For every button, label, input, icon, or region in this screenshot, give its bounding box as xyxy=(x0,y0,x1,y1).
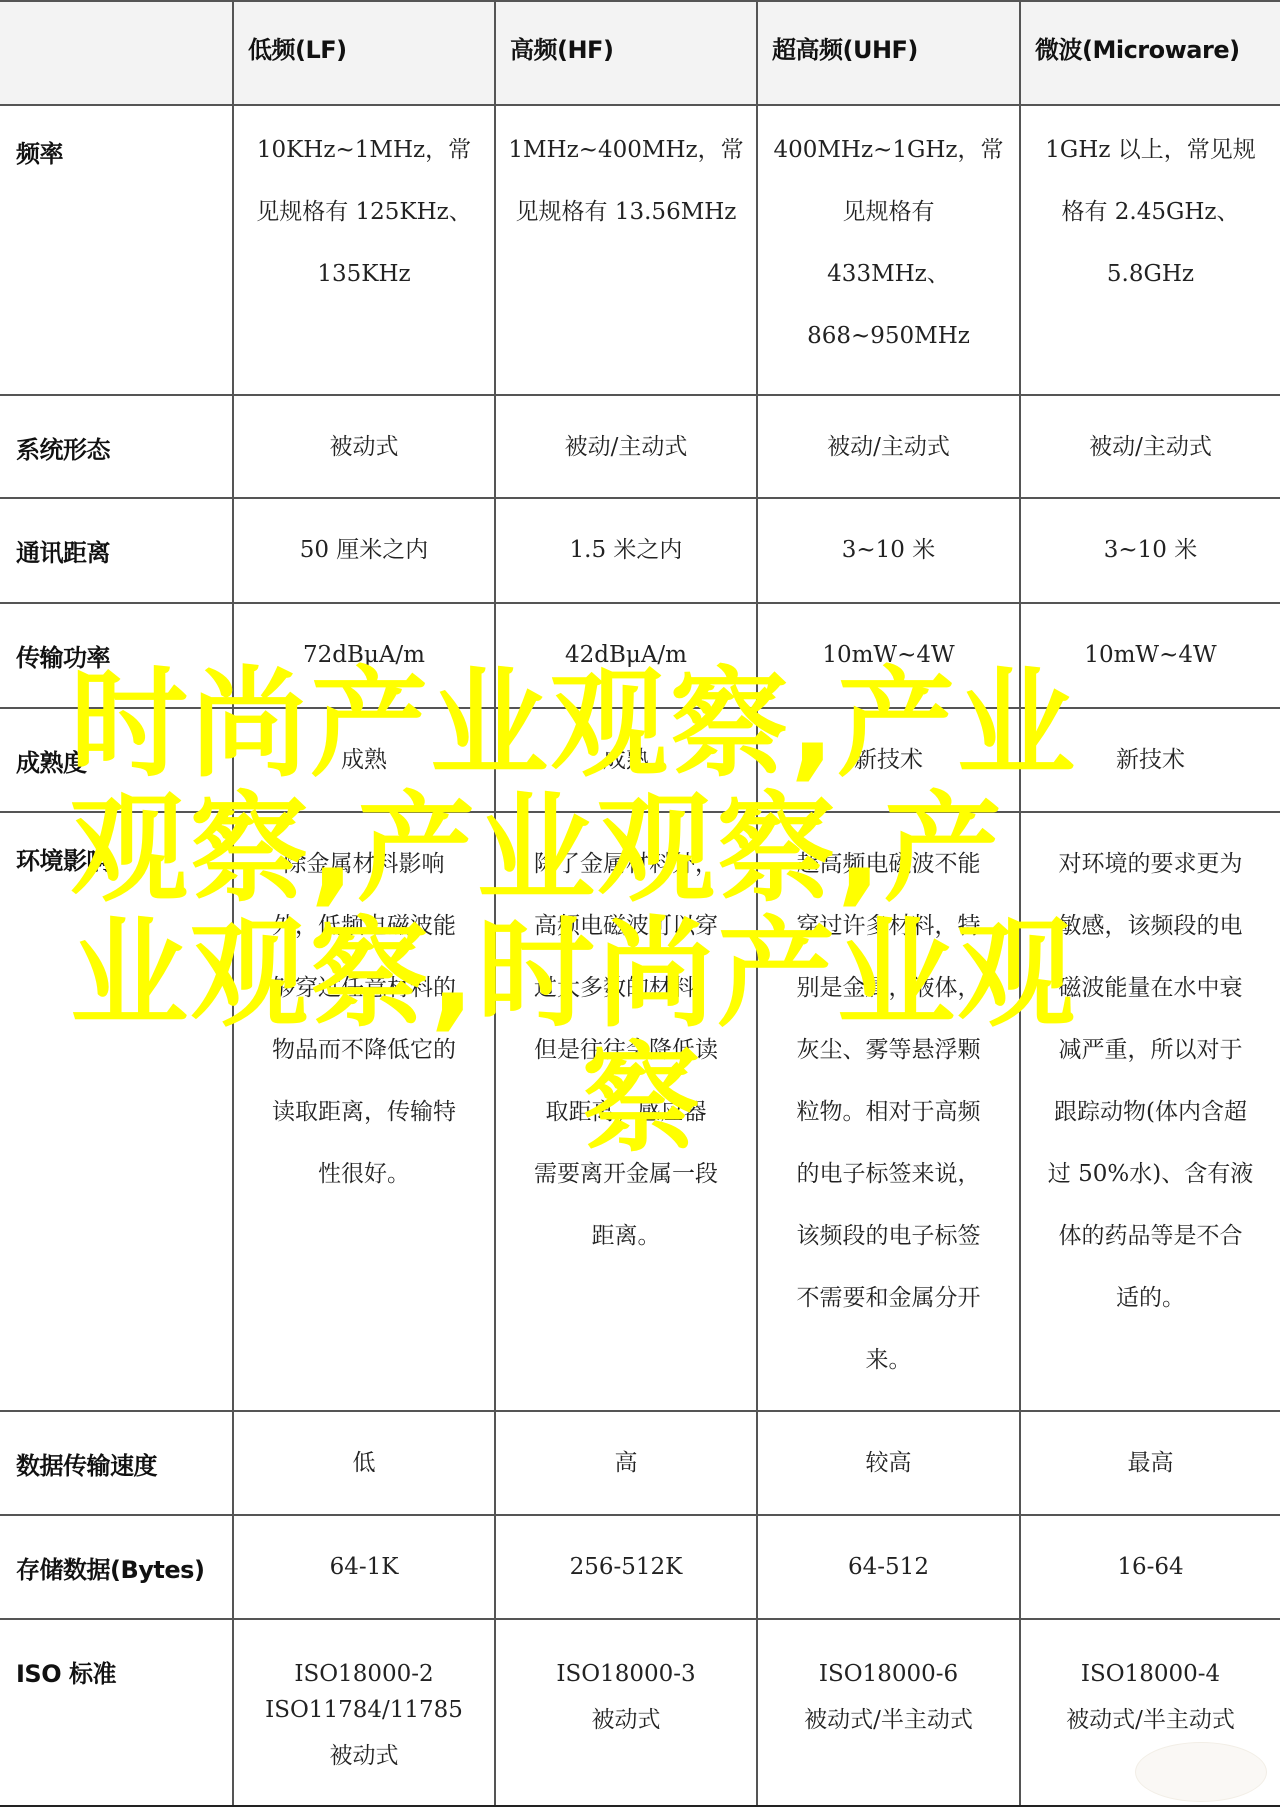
cell-value: ISO18000-2ISO11784/11785被动式 xyxy=(244,1656,484,1774)
cell-uhf: 3~10 米 xyxy=(756,499,1019,602)
cell-text-line: 135KHz xyxy=(244,243,484,305)
cell-lf: 72dBμA/m xyxy=(232,604,494,707)
table-row-maturity: 成熟度成熟成熟新技术新技术 xyxy=(0,709,1280,813)
cell-lf: 50 厘米之内 xyxy=(232,499,494,602)
cell-lf: ISO18000-2ISO11784/11785被动式 xyxy=(232,1620,494,1805)
row-label-cell: 成熟度 xyxy=(0,709,232,811)
cell-value: 3~10 米 xyxy=(1031,519,1270,581)
cell-uhf: 新技术 xyxy=(756,709,1019,811)
table-row-frequency: 频率10KHz~1MHz，常见规格有 125KHz、135KHz1MHz~400… xyxy=(0,106,1280,396)
cell-hf: 除了金属材料外，高频电磁波可以穿过大多数的材料，但是往往会降低读取距离。感应器需… xyxy=(494,813,756,1410)
cell-text-line: 够穿过任意材料的 xyxy=(244,957,484,1019)
cell-value: 256-512K xyxy=(506,1536,746,1598)
row-label: 成熟度 xyxy=(16,743,87,778)
cell-value: 除了金属材料外，高频电磁波可以穿过大多数的材料，但是往往会降低读取距离。感应器需… xyxy=(506,833,746,1267)
cell-value: 1GHz 以上，常见规格有 2.45GHz、5.8GHz xyxy=(1031,119,1270,305)
cell-text-line: 物品而不降低它的 xyxy=(244,1019,484,1081)
cell-text-line: 不需要和金属分开 xyxy=(768,1267,1009,1329)
cell-text-line: 穿过许多材料，特 xyxy=(768,895,1009,957)
header-cell-uhf: 超高频(UHF) xyxy=(756,2,1019,104)
cell-text-line: 性很好。 xyxy=(244,1143,484,1205)
cell-text-line: 适的。 xyxy=(1031,1267,1270,1329)
cell-microwave: 新技术 xyxy=(1019,709,1280,811)
cell-text-line: 但是往往会降低读 xyxy=(506,1019,746,1081)
cell-text-line: 10mW~4W xyxy=(1031,624,1270,686)
row-label: 环境影响 xyxy=(16,841,110,876)
cell-text-line: 3~10 米 xyxy=(768,519,1009,581)
cell-value: 高 xyxy=(506,1432,746,1494)
cell-microwave: 1GHz 以上，常见规格有 2.45GHz、5.8GHz xyxy=(1019,106,1280,394)
cell-value: 超高频电磁波不能穿过许多材料，特别是金属，液体，灰尘、雾等悬浮颗粒物。相对于高频… xyxy=(768,833,1009,1391)
cell-text-line: 需要离开金属一段 xyxy=(506,1143,746,1205)
cell-uhf: 被动/主动式 xyxy=(756,396,1019,497)
cell-value: 72dBμA/m xyxy=(244,624,484,686)
cell-text-line: 粒物。相对于高频 xyxy=(768,1081,1009,1143)
column-header-lf: 低频(LF) xyxy=(248,30,347,65)
cell-value: 10KHz~1MHz，常见规格有 125KHz、135KHz xyxy=(244,119,484,305)
cell-value: 64-1K xyxy=(244,1536,484,1598)
cell-text-line: 72dBμA/m xyxy=(244,624,484,686)
cell-text-line: 距离。 xyxy=(506,1205,746,1267)
cell-text-line: 10mW~4W xyxy=(768,624,1009,686)
cell-text-line: 868~950MHz xyxy=(768,305,1009,367)
cell-text-line: 1MHz~400MHz，常 xyxy=(506,119,746,181)
cell-text-line: 被动式 xyxy=(244,1738,484,1774)
cell-text-line: 1GHz 以上，常见规 xyxy=(1031,119,1270,181)
cell-lf: 除金属材料影响外，低频电磁波能够穿过任意材料的物品而不降低它的读取距离，传输特性… xyxy=(232,813,494,1410)
cell-text-line: 磁波能量在水中衰 xyxy=(1031,957,1270,1019)
cell-text-line: 过大多数的材料， xyxy=(506,957,746,1019)
cell-text-line: 50 厘米之内 xyxy=(244,519,484,581)
cell-value: 42dBμA/m xyxy=(506,624,746,686)
header-corner-cell xyxy=(0,2,232,104)
cell-text-line: 成熟 xyxy=(506,729,746,791)
cell-text-line: 过 50%水)、含有液 xyxy=(1031,1143,1270,1205)
cell-text-line: ISO18000-3 xyxy=(506,1656,746,1692)
header-cell-lf: 低频(LF) xyxy=(232,2,494,104)
cell-text-line: 5.8GHz xyxy=(1031,243,1270,305)
cell-text-line: 3~10 米 xyxy=(1031,519,1270,581)
cell-value: 被动/主动式 xyxy=(506,416,746,478)
column-header-microwave: 微波(Microware) xyxy=(1035,30,1240,65)
cell-value: 16-64 xyxy=(1031,1536,1270,1598)
cell-value: 新技术 xyxy=(1031,729,1270,791)
cell-text-line: 对环境的要求更为 xyxy=(1031,833,1270,895)
row-label: 系统形态 xyxy=(16,430,110,465)
cell-text-line: 新技术 xyxy=(1031,729,1270,791)
cell-hf: ISO18000-3 被动式 xyxy=(494,1620,756,1805)
cell-value: 1.5 米之内 xyxy=(506,519,746,581)
cell-text-line: 除金属材料影响 xyxy=(244,833,484,895)
cell-microwave: 对环境的要求更为敏感，该频段的电磁波能量在水中衰减严重，所以对于跟踪动物(体内含… xyxy=(1019,813,1280,1410)
cell-value: 被动式 xyxy=(244,416,484,478)
cell-text-line: 新技术 xyxy=(768,729,1009,791)
row-label-cell: 数据传输速度 xyxy=(0,1412,232,1514)
cell-text-line: 被动式 xyxy=(244,416,484,478)
cell-lf: 64-1K xyxy=(232,1516,494,1618)
table-row-environment: 环境影响除金属材料影响外，低频电磁波能够穿过任意材料的物品而不降低它的读取距离，… xyxy=(0,813,1280,1412)
cell-text-line: 较高 xyxy=(768,1432,1009,1494)
cell-value: 较高 xyxy=(768,1432,1009,1494)
row-label: 存储数据(Bytes) xyxy=(16,1550,204,1585)
cell-uhf: 较高 xyxy=(756,1412,1019,1514)
row-label: 频率 xyxy=(16,134,63,169)
cell-text-line: 433MHz、 xyxy=(768,243,1009,305)
cell-value: 成熟 xyxy=(506,729,746,791)
cell-uhf: 超高频电磁波不能穿过许多材料，特别是金属，液体，灰尘、雾等悬浮颗粒物。相对于高频… xyxy=(756,813,1019,1410)
cell-microwave: 3~10 米 xyxy=(1019,499,1280,602)
cell-uhf: 10mW~4W xyxy=(756,604,1019,707)
cell-text-line: 格有 2.45GHz、 xyxy=(1031,181,1270,243)
table-row-system-form: 系统形态被动式被动/主动式被动/主动式被动/主动式 xyxy=(0,396,1280,499)
cell-text-line: 低 xyxy=(244,1432,484,1494)
cell-text-line: ISO18000-6 xyxy=(768,1656,1009,1692)
cell-value: 50 厘米之内 xyxy=(244,519,484,581)
cell-value: ISO18000-4 被动式/半主动式 xyxy=(1031,1656,1270,1738)
table-row-tx-power: 传输功率72dBμA/m42dBμA/m10mW~4W10mW~4W xyxy=(0,604,1280,709)
cell-lf: 被动式 xyxy=(232,396,494,497)
cell-text-line: 256-512K xyxy=(506,1536,746,1598)
cell-text-line: 取距离。感应器 xyxy=(506,1081,746,1143)
header-cell-hf: 高频(HF) xyxy=(494,2,756,104)
cell-hf: 42dBμA/m xyxy=(494,604,756,707)
cell-text-line: ISO18000-2 xyxy=(244,1656,484,1692)
cell-value: 64-512 xyxy=(768,1536,1009,1598)
cell-text-line: 外，低频电磁波能 xyxy=(244,895,484,957)
cell-text-line: 400MHz~1GHz，常 xyxy=(768,119,1009,181)
rfid-comparison-table: 低频(LF) 高频(HF) 超高频(UHF) 微波(Microware) 频率1… xyxy=(0,0,1280,1807)
cell-value: 除金属材料影响外，低频电磁波能够穿过任意材料的物品而不降低它的读取距离，传输特性… xyxy=(244,833,484,1205)
cell-text-line: 来。 xyxy=(768,1329,1009,1391)
cell-text-line: 的电子标签来说， xyxy=(768,1143,1009,1205)
cell-text-line: 被动/主动式 xyxy=(768,416,1009,478)
cell-text-line: 64-1K xyxy=(244,1536,484,1598)
cell-text-line: 超高频电磁波不能 xyxy=(768,833,1009,895)
cell-text-line: 1.5 米之内 xyxy=(506,519,746,581)
table-row-data-rate: 数据传输速度低高较高最高 xyxy=(0,1412,1280,1516)
cell-text-line: ISO18000-4 xyxy=(1031,1656,1270,1692)
cell-text-line: 被动式 xyxy=(506,1702,746,1738)
row-label-cell: 环境影响 xyxy=(0,813,232,1410)
cell-text-line: 减严重，所以对于 xyxy=(1031,1019,1270,1081)
cell-value: 最高 xyxy=(1031,1432,1270,1494)
row-label-cell: 存储数据(Bytes) xyxy=(0,1516,232,1618)
table-row-iso-standard: ISO 标准ISO18000-2ISO11784/11785被动式ISO1800… xyxy=(0,1620,1280,1807)
cell-text-line: 成熟 xyxy=(244,729,484,791)
column-header-hf: 高频(HF) xyxy=(510,30,613,65)
cell-lf: 低 xyxy=(232,1412,494,1514)
cell-text-line: 42dBμA/m xyxy=(506,624,746,686)
cell-text-line: 见规格有 13.56MHz xyxy=(506,181,746,243)
cell-value: 10mW~4W xyxy=(768,624,1009,686)
column-header-uhf: 超高频(UHF) xyxy=(772,30,918,65)
table-header-row: 低频(LF) 高频(HF) 超高频(UHF) 微波(Microware) xyxy=(0,0,1280,106)
cell-hf: 被动/主动式 xyxy=(494,396,756,497)
header-cell-microwave: 微波(Microware) xyxy=(1019,2,1280,104)
cell-text-line: 除了金属材料外， xyxy=(506,833,746,895)
cell-uhf: 64-512 xyxy=(756,1516,1019,1618)
cell-text-line: 见规格有 125KHz、 xyxy=(244,181,484,243)
cell-text-line: 读取距离，传输特 xyxy=(244,1081,484,1143)
cell-text-line: 16-64 xyxy=(1031,1536,1270,1598)
cell-text-line: 被动式/半主动式 xyxy=(1031,1702,1270,1738)
cell-value: 被动/主动式 xyxy=(768,416,1009,478)
row-label: ISO 标准 xyxy=(16,1654,116,1689)
cell-text-line: 见规格有 xyxy=(768,181,1009,243)
row-label-cell: 通讯距离 xyxy=(0,499,232,602)
table-row-comm-range: 通讯距离50 厘米之内1.5 米之内3~10 米3~10 米 xyxy=(0,499,1280,604)
cell-hf: 1MHz~400MHz，常见规格有 13.56MHz xyxy=(494,106,756,394)
cell-microwave: 16-64 xyxy=(1019,1516,1280,1618)
cell-value: 被动/主动式 xyxy=(1031,416,1270,478)
cell-text-line: 别是金属，液体， xyxy=(768,957,1009,1019)
row-label-cell: 频率 xyxy=(0,106,232,394)
cell-microwave: 被动/主动式 xyxy=(1019,396,1280,497)
cell-value: 低 xyxy=(244,1432,484,1494)
cell-value: 成熟 xyxy=(244,729,484,791)
cell-uhf: 400MHz~1GHz，常见规格有433MHz、868~950MHz xyxy=(756,106,1019,394)
cell-lf: 10KHz~1MHz，常见规格有 125KHz、135KHz xyxy=(232,106,494,394)
cell-text-line: ISO11784/11785 xyxy=(244,1692,484,1728)
cell-text-line: 被动/主动式 xyxy=(506,416,746,478)
cell-text-line: 10KHz~1MHz，常 xyxy=(244,119,484,181)
table-row-storage: 存储数据(Bytes)64-1K256-512K64-51216-64 xyxy=(0,1516,1280,1620)
cell-text-line: 体的药品等是不合 xyxy=(1031,1205,1270,1267)
cell-value: 10mW~4W xyxy=(1031,624,1270,686)
cell-hf: 1.5 米之内 xyxy=(494,499,756,602)
cell-text-line: 该频段的电子标签 xyxy=(768,1205,1009,1267)
cell-text-line: 灰尘、雾等悬浮颗 xyxy=(768,1019,1009,1081)
cell-value: ISO18000-6 被动式/半主动式 xyxy=(768,1656,1009,1738)
cell-value: 400MHz~1GHz，常见规格有433MHz、868~950MHz xyxy=(768,119,1009,367)
cell-hf: 256-512K xyxy=(494,1516,756,1618)
row-label-cell: 传输功率 xyxy=(0,604,232,707)
cell-value: 1MHz~400MHz，常见规格有 13.56MHz xyxy=(506,119,746,243)
cell-microwave: 10mW~4W xyxy=(1019,604,1280,707)
cell-lf: 成熟 xyxy=(232,709,494,811)
cell-value: ISO18000-3 被动式 xyxy=(506,1656,746,1738)
cell-text-line: 高 xyxy=(506,1432,746,1494)
cell-microwave: 最高 xyxy=(1019,1412,1280,1514)
row-label-cell: ISO 标准 xyxy=(0,1620,232,1805)
cell-value: 3~10 米 xyxy=(768,519,1009,581)
cell-text-line: 敏感，该频段的电 xyxy=(1031,895,1270,957)
cell-text-line: 跟踪动物(体内含超 xyxy=(1031,1081,1270,1143)
cell-text-line: 高频电磁波可以穿 xyxy=(506,895,746,957)
cell-value: 新技术 xyxy=(768,729,1009,791)
cell-text-line: 被动式/半主动式 xyxy=(768,1702,1009,1738)
row-label: 通讯距离 xyxy=(16,533,110,568)
cell-text-line: 最高 xyxy=(1031,1432,1270,1494)
cell-hf: 高 xyxy=(494,1412,756,1514)
cell-hf: 成熟 xyxy=(494,709,756,811)
row-label-cell: 系统形态 xyxy=(0,396,232,497)
cell-text-line: 被动/主动式 xyxy=(1031,416,1270,478)
cell-value: 对环境的要求更为敏感，该频段的电磁波能量在水中衰减严重，所以对于跟踪动物(体内含… xyxy=(1031,833,1270,1329)
cell-uhf: ISO18000-6 被动式/半主动式 xyxy=(756,1620,1019,1805)
watermark-logo xyxy=(1135,1742,1267,1802)
cell-text-line: 64-512 xyxy=(768,1536,1009,1598)
row-label: 数据传输速度 xyxy=(16,1446,157,1481)
row-label: 传输功率 xyxy=(16,638,110,673)
